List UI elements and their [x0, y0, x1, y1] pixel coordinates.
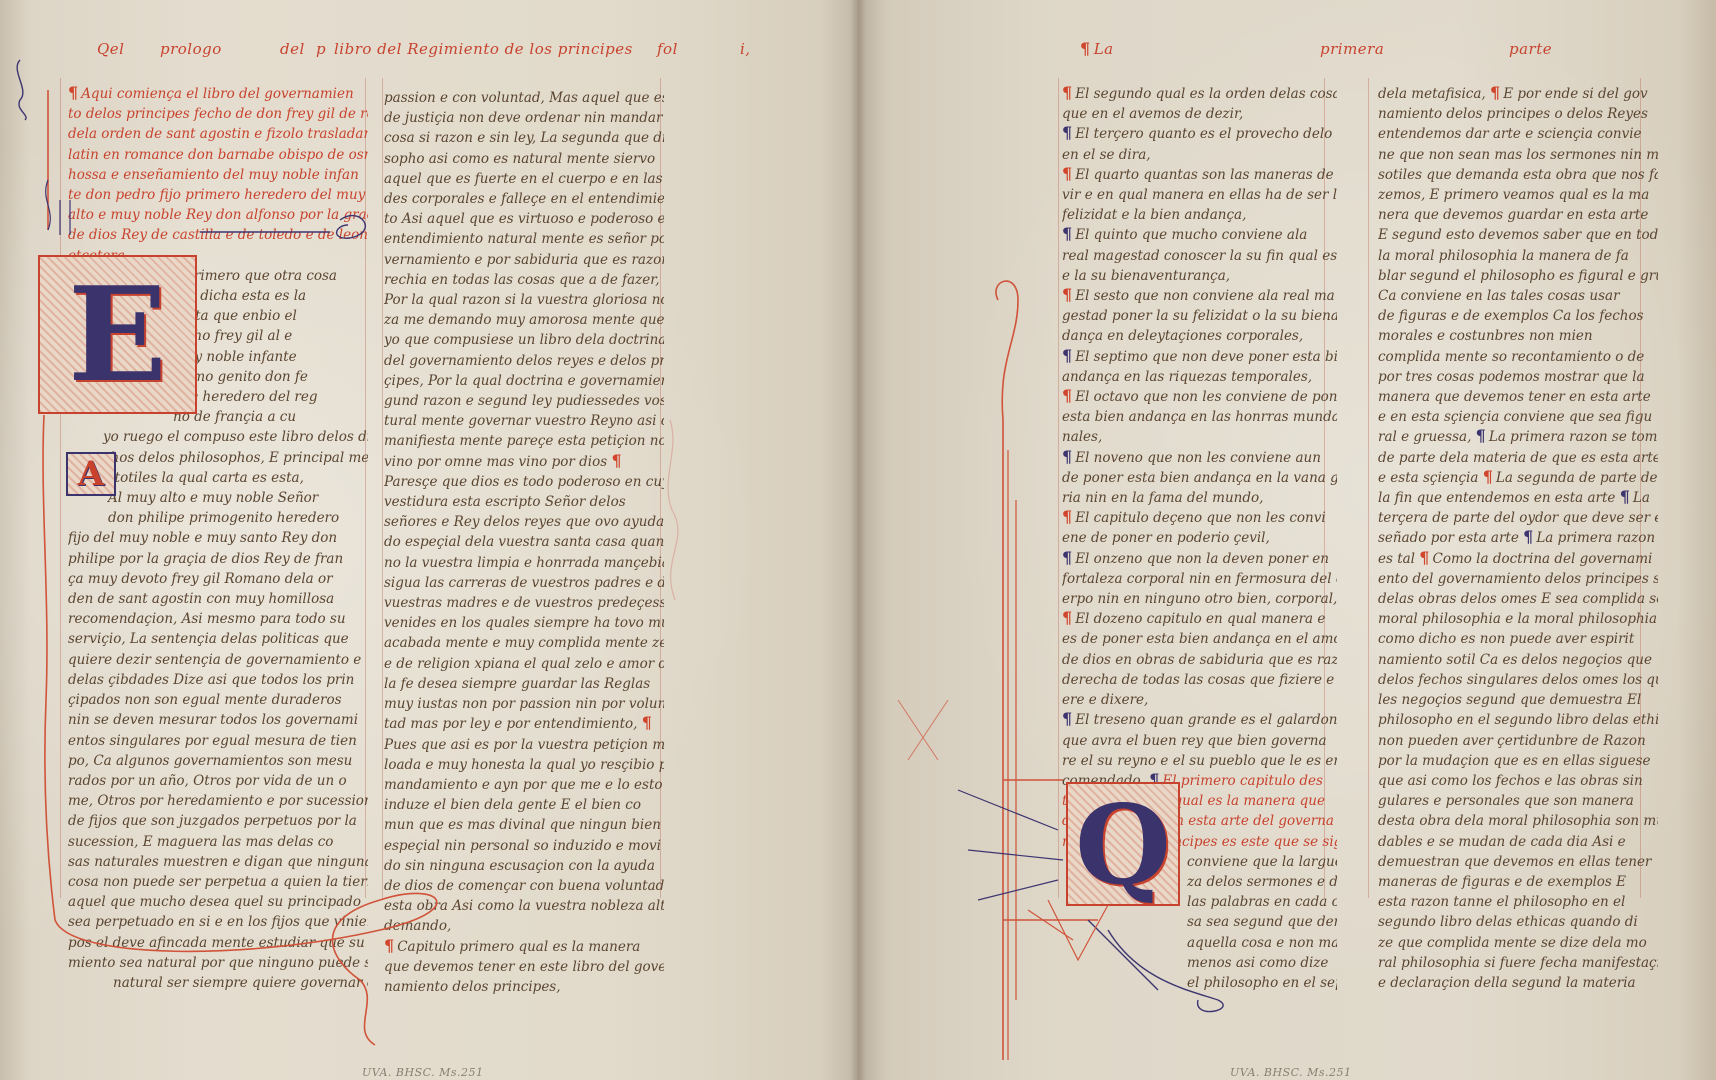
left-page: Qelprologodelplibro del Regimiento de lo…	[0, 0, 858, 1080]
right-page: ¶Laprimeraparte ¶El segundo qual es la o…	[858, 0, 1716, 1080]
shelfmark-right: UVA. BHSC. Ms.251	[1230, 1066, 1352, 1079]
pen-flourish-right	[858, 0, 1716, 1080]
book-gutter	[850, 0, 866, 1080]
manuscript-spread: Qelprologodelplibro del Regimiento de lo…	[0, 0, 1716, 1080]
pen-flourish-left	[0, 0, 858, 1080]
shelfmark-left: UVA. BHSC. Ms.251	[362, 1066, 484, 1079]
